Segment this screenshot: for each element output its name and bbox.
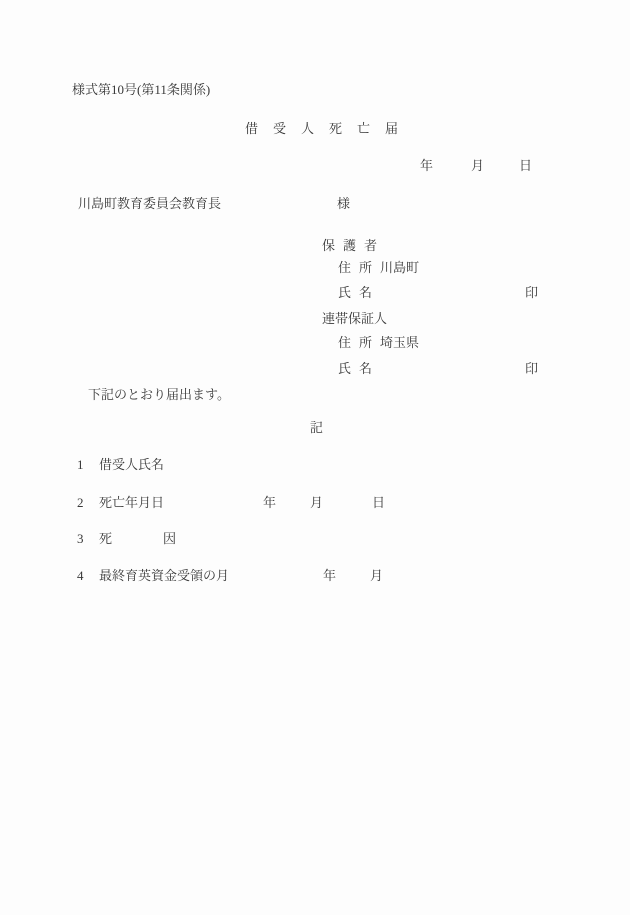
item-row-2: 2 死亡年月日 年 月 日 bbox=[0, 495, 630, 511]
guarantor-heading-line: 連帯保証人 bbox=[0, 311, 630, 327]
guardian-heading: 保護者 bbox=[322, 238, 385, 254]
addressee-honorific: 様 bbox=[337, 196, 350, 212]
item-row-3: 3 死 因 bbox=[0, 531, 630, 547]
item-3-label: 死 bbox=[99, 531, 112, 547]
guardian-address-line: 住所 川島町 bbox=[0, 260, 630, 276]
date-month-label: 月 bbox=[471, 158, 484, 174]
addressee-line: 川島町教育委員会教育長 様 bbox=[0, 196, 630, 212]
item-3-number: 3 bbox=[77, 531, 84, 547]
item-2-month-label: 月 bbox=[310, 495, 323, 511]
declaration-line: 下記のとおり届出ます。 bbox=[0, 387, 630, 403]
guardian-address-label: 住所 bbox=[338, 260, 380, 276]
item-4-year-label: 年 bbox=[323, 568, 336, 584]
form-number-line: 様式第10号(第11条関係) bbox=[0, 82, 630, 98]
guardian-address-value: 川島町 bbox=[380, 260, 419, 276]
guardian-seal-mark: 印 bbox=[525, 285, 538, 301]
guardian-name-line: 氏名 印 bbox=[0, 285, 630, 301]
addressee-name: 川島町教育委員会教育長 bbox=[78, 196, 221, 212]
item-2-number: 2 bbox=[77, 495, 84, 511]
guarantor-address-line: 住所 埼玉県 bbox=[0, 335, 630, 351]
item-row-1: 1 借受人氏名 bbox=[0, 457, 630, 473]
record-marker-line: 記 bbox=[0, 420, 630, 436]
item-2-year-label: 年 bbox=[263, 495, 276, 511]
record-marker: 記 bbox=[310, 420, 323, 436]
guarantor-address-value: 埼玉県 bbox=[380, 335, 419, 351]
declaration-text: 下記のとおり届出ます。 bbox=[88, 387, 230, 403]
form-number: 様式第10号(第11条関係) bbox=[72, 82, 210, 98]
guarantor-name-label: 氏名 bbox=[338, 361, 380, 377]
date-day-label: 日 bbox=[519, 158, 532, 174]
item-4-month-label: 月 bbox=[370, 568, 383, 584]
guarantor-heading: 連帯保証人 bbox=[322, 311, 387, 327]
item-1-label: 借受人氏名 bbox=[99, 457, 164, 473]
guarantor-address-label: 住所 bbox=[338, 335, 380, 351]
page-title: 借受人死亡届 bbox=[245, 121, 413, 137]
guarantor-name-line: 氏名 印 bbox=[0, 361, 630, 377]
item-1-number: 1 bbox=[77, 457, 84, 473]
item-4-label: 最終育英資金受領の月 bbox=[99, 568, 229, 584]
guarantor-seal-mark: 印 bbox=[525, 361, 538, 377]
title-line: 借受人死亡届 bbox=[0, 121, 630, 137]
guardian-name-label: 氏名 bbox=[338, 285, 380, 301]
item-2-label: 死亡年月日 bbox=[99, 495, 164, 511]
item-4-number: 4 bbox=[77, 568, 84, 584]
guardian-heading-line: 保護者 bbox=[0, 238, 630, 254]
item-2-day-label: 日 bbox=[372, 495, 385, 511]
date-line: 年 月 日 bbox=[0, 158, 630, 174]
date-year-label: 年 bbox=[420, 158, 433, 174]
death-notification-form-page: 様式第10号(第11条関係) 借受人死亡届 年 月 日 川島町教育委員会教育長 … bbox=[0, 0, 630, 915]
item-3-label-tail: 因 bbox=[163, 531, 176, 547]
item-row-4: 4 最終育英資金受領の月 年 月 bbox=[0, 568, 630, 584]
